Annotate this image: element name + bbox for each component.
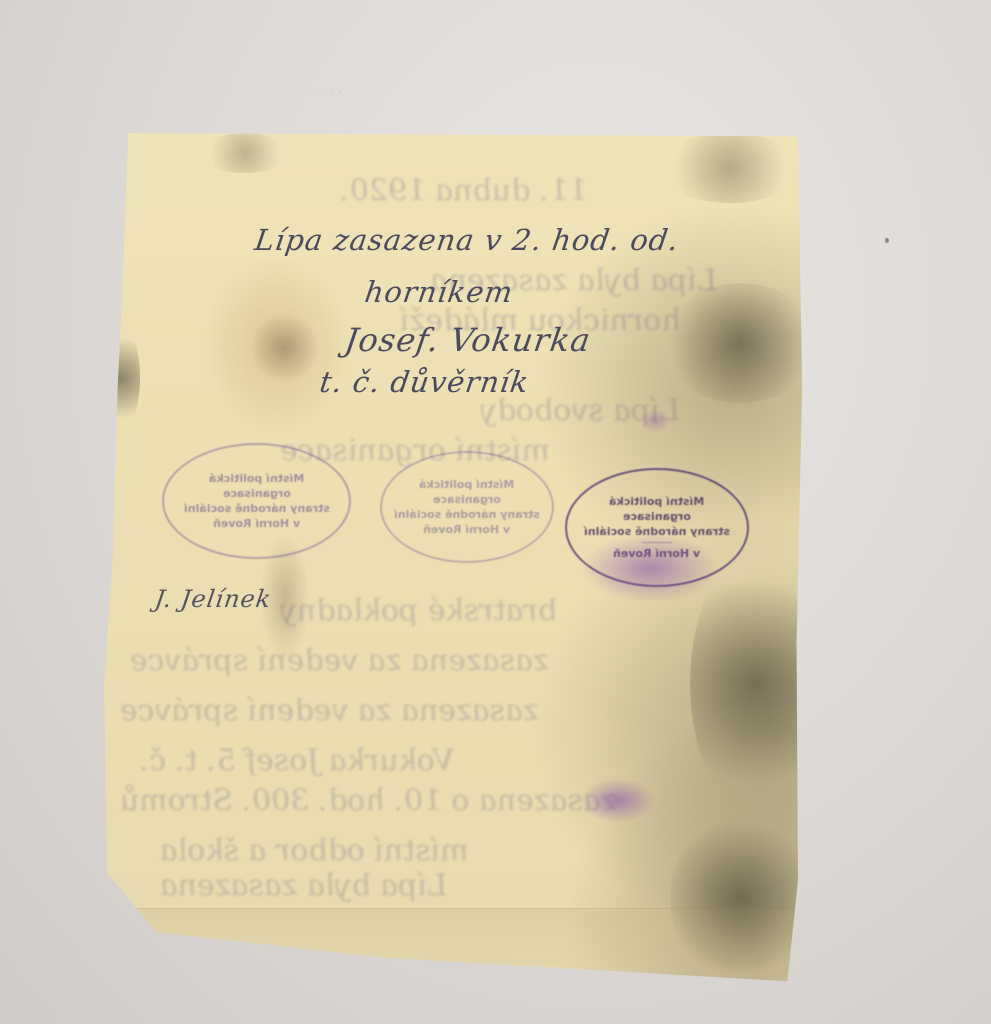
handwriting-line-1: Lípa zasazena v 2. hod. od. <box>253 223 682 257</box>
brown-stain <box>250 313 320 383</box>
purple-ink-blot <box>580 778 655 823</box>
background-speck <box>885 238 889 243</box>
mould-stain <box>670 813 810 983</box>
handwriting-line-3: Josef. Vokurka <box>342 321 593 359</box>
bleed-through-text: zasazena za vedení správce <box>118 693 542 728</box>
handwriting-line-4: t. č. důvěrník <box>318 365 532 399</box>
purple-ink-blot <box>580 533 720 603</box>
bleed-through-text: Vokurka Josef 5. t. č. <box>138 743 457 778</box>
bleed-through-text: zasazena o 10. hod. 300. Stromů <box>118 783 620 818</box>
handwriting-line-2: horníkem <box>363 275 516 309</box>
stamp-oval-left: Místní politická organisace strany národ… <box>162 443 351 559</box>
stamp-oval-middle: Místní politická organisace strany národ… <box>380 451 554 563</box>
edge-damage <box>100 323 140 433</box>
mould-stain <box>660 133 800 203</box>
background-pencil-mark: · · · · · <box>308 88 343 98</box>
edge-damage <box>200 133 290 173</box>
mould-stain <box>690 553 820 813</box>
bleed-through-text: zasazena za vedení správce <box>128 643 552 678</box>
bleed-through-text: bratrské pokladny <box>278 593 560 628</box>
bleed-through-text: 11. dubna 1920. <box>338 173 591 208</box>
mould-stain <box>660 283 820 403</box>
bleed-through-text: místní odbor a škola <box>158 833 472 868</box>
purple-ink-blot <box>640 408 670 433</box>
bleed-through-text: Lípa byla zasazena <box>158 868 450 903</box>
aged-paper-sheet: 11. dubna 1920. Lípa byla zasazena horni… <box>100 133 805 983</box>
signature: J. Jelínek <box>153 585 273 613</box>
